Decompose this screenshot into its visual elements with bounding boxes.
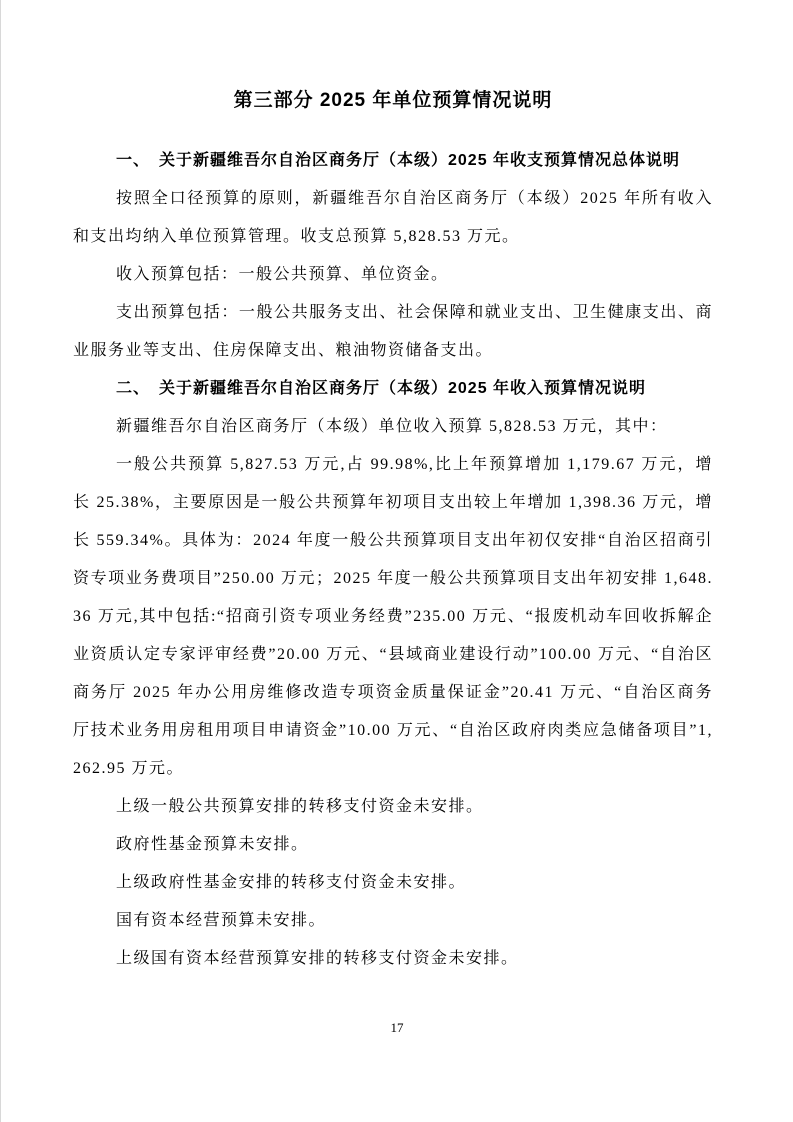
document-title: 第三部分 2025 年单位预算情况说明 (73, 86, 713, 116)
body-paragraph: 新疆维吾尔自治区商务厅（本级）单位收入预算 5,828.53 万元，其中： (73, 408, 713, 446)
section-heading: 二、 关于新疆维吾尔自治区商务厅（本级）2025 年收入预算情况说明 (73, 370, 713, 408)
body-paragraph: 政府性基金预算未安排。 (73, 826, 713, 864)
body-paragraph: 按照全口径预算的原则，新疆维吾尔自治区商务厅（本级）2025 年所有收入和支出均… (73, 180, 713, 256)
body-paragraph: 国有资本经营预算未安排。 (73, 902, 713, 940)
body-paragraph: 一般公共预算 5,827.53 万元,占 99.98%,比上年预算增加 1,17… (73, 446, 713, 788)
document-content: 第三部分 2025 年单位预算情况说明 一、 关于新疆维吾尔自治区商务厅（本级）… (73, 86, 713, 978)
body-paragraph: 收入预算包括：一般公共预算、单位资金。 (73, 256, 713, 294)
body-paragraph: 上级国有资本经营预算安排的转移支付资金未安排。 (73, 940, 713, 978)
section-heading: 一、 关于新疆维吾尔自治区商务厅（本级）2025 年收支预算情况总体说明 (73, 142, 713, 180)
body-paragraph: 上级一般公共预算安排的转移支付资金未安排。 (73, 788, 713, 826)
body-paragraph: 支出预算包括：一般公共服务支出、社会保障和就业支出、卫生健康支出、商业服务业等支… (73, 294, 713, 370)
body-paragraph: 上级政府性基金安排的转移支付资金未安排。 (73, 864, 713, 902)
document-page: 第三部分 2025 年单位预算情况说明 一、 关于新疆维吾尔自治区商务厅（本级）… (0, 0, 793, 1122)
document-body: 一、 关于新疆维吾尔自治区商务厅（本级）2025 年收支预算情况总体说明按照全口… (73, 142, 713, 978)
page-number: 17 (1, 1018, 793, 1038)
